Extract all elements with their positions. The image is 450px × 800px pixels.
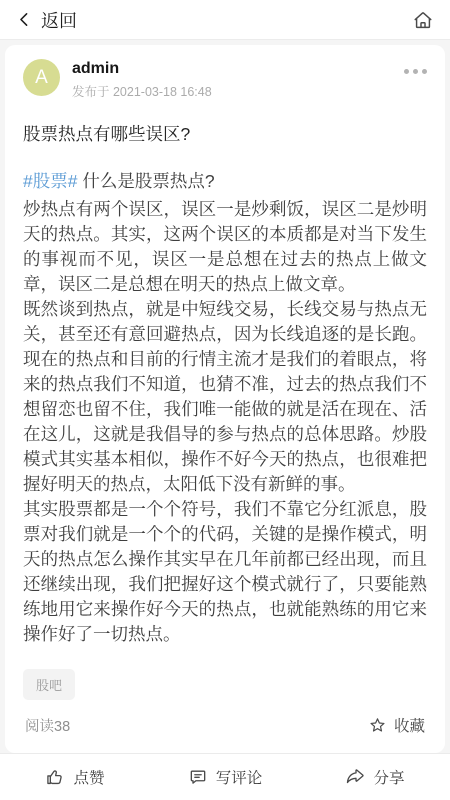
comment-icon (188, 767, 208, 787)
avatar[interactable]: A (23, 59, 60, 96)
write-comment-label: 写评论 (216, 766, 263, 788)
like-label: 点赞 (73, 766, 104, 788)
more-options-button[interactable] (404, 59, 427, 74)
share-button[interactable]: 分享 (300, 766, 450, 788)
share-arrow-icon (345, 767, 365, 787)
post-card: A admin 发布于 2021-03-18 16:48 股票热点有哪些误区? … (5, 45, 445, 753)
post-paragraph: 既然谈到热点，就是中短线交易，长线交易与热点无关，甚至还有意回避热点，因为长线追… (23, 297, 427, 497)
bottom-action-bar: 点赞 写评论 分享 (0, 753, 450, 800)
author-name[interactable]: admin (72, 59, 404, 79)
ellipsis-dot-icon (422, 69, 427, 74)
ellipsis-dot-icon (404, 69, 409, 74)
post-title: 股票热点有哪些误区? (23, 122, 427, 146)
thumbs-up-icon (45, 767, 65, 787)
top-navigation-bar: 返回 (0, 0, 450, 40)
home-icon (412, 9, 434, 31)
write-comment-button[interactable]: 写评论 (150, 766, 300, 788)
back-button-label: 返回 (41, 7, 77, 33)
read-count: 阅读38 (25, 715, 70, 736)
tag-row: 股吧 (23, 669, 427, 700)
post-paragraph: 炒热点有两个误区，误区一是炒剩饭，误区二是炒明天的热点。其实，这两个误区的本质都… (23, 197, 427, 297)
chevron-left-icon (16, 11, 33, 28)
favorite-button[interactable]: 收藏 (368, 714, 425, 736)
forum-tag[interactable]: 股吧 (23, 669, 75, 700)
ellipsis-dot-icon (413, 69, 418, 74)
post-subtitle: 什么是股票热点? (82, 171, 214, 191)
like-button[interactable]: 点赞 (0, 766, 150, 788)
star-icon (368, 716, 387, 735)
home-button[interactable] (412, 9, 434, 31)
stock-hashtag-link[interactable]: #股票# (23, 171, 77, 191)
post-footer: 阅读38 收藏 (23, 700, 427, 748)
post-paragraph: 其实股票都是一个个符号，我们不靠它分红派息，股票对我们就是一个个的代码，关键的是… (23, 497, 427, 647)
post-header: A admin 发布于 2021-03-18 16:48 (23, 59, 427, 100)
author-block: admin 发布于 2021-03-18 16:48 (72, 59, 404, 100)
share-label: 分享 (373, 766, 404, 788)
favorite-label: 收藏 (394, 714, 425, 736)
back-button[interactable]: 返回 (16, 7, 77, 33)
post-subtitle-line: #股票# 什么是股票热点? (23, 169, 427, 194)
post-body: 炒热点有两个误区，误区一是炒剩饭，误区二是炒明天的热点。其实，这两个误区的本质都… (23, 197, 427, 647)
publish-date: 发布于 2021-03-18 16:48 (72, 82, 404, 100)
